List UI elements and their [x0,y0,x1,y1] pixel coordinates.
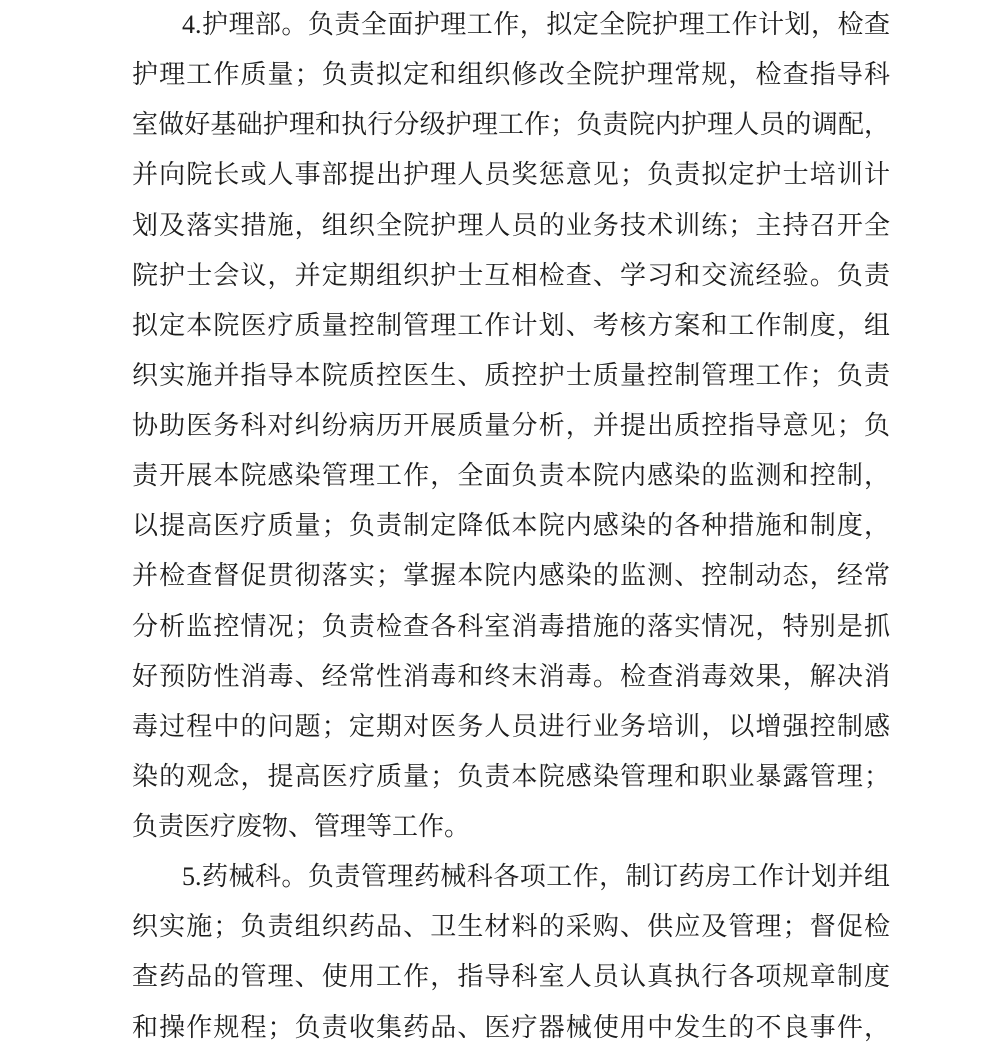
document-page: 4.护理部。负责全面护理工作，拟定全院护理工作计划，检查 护理工作质量；负责拟定… [0,0,1000,1053]
text-line: 毒过程中的问题；定期对医务人员进行业务培训，以增强控制感 [132,702,890,752]
paragraph-nursing-department: 4.护理部。负责全面护理工作，拟定全院护理工作计划，检查 护理工作质量；负责拟定… [132,0,890,852]
text-line: 好预防性消毒、经常性消毒和终末消毒。检查消毒效果，解决消 [132,652,890,702]
text-line: 以提高医疗质量；负责制定降低本院内感染的各种措施和制度， [132,501,890,551]
text-line: 负责医疗废物、管理等工作。 [132,802,890,852]
text-line: 室做好基础护理和执行分级护理工作；负责院内护理人员的调配， [132,100,890,150]
text-line: 护理工作质量；负责拟定和组织修改全院护理常规，检查指导科 [132,50,890,100]
text-line: 并检查督促贯彻落实；掌握本院内感染的监测、控制动态，经常 [132,551,890,601]
text-line: 拟定本院医疗质量控制管理工作计划、考核方案和工作制度，组 [132,301,890,351]
text-line: 分析监控情况；负责检查各科室消毒措施的落实情况，特别是抓 [132,602,890,652]
text-line: 并向院长或人事部提出护理人员奖惩意见；负责拟定护士培训计 [132,150,890,200]
text-line: 协助医务科对纠纷病历开展质量分析，并提出质控指导意见；负 [132,401,890,451]
text-line: 和操作规程；负责收集药品、医疗器械使用中发生的不良事件， [132,1003,890,1053]
text-line: 责开展本院感染管理工作，全面负责本院内感染的监测和控制， [132,451,890,501]
text-line: 4.护理部。负责全面护理工作，拟定全院护理工作计划，检查 [132,0,890,50]
text-line: 染的观念，提高医疗质量；负责本院感染管理和职业暴露管理； [132,752,890,802]
text-line: 划及落实措施，组织全院护理人员的业务技术训练；主持召开全 [132,201,890,251]
text-line: 院护士会议，并定期组织护士互相检查、学习和交流经验。负责 [132,251,890,301]
text-line: 织实施；负责组织药品、卫生材料的采购、供应及管理；督促检 [132,902,890,952]
text-line: 5.药械科。负责管理药械科各项工作，制订药房工作计划并组 [132,852,890,902]
text-line: 织实施并指导本院质控医生、质控护士质量控制管理工作；负责 [132,351,890,401]
paragraph-pharmacy-equipment-department: 5.药械科。负责管理药械科各项工作，制订药房工作计划并组 织实施；负责组织药品、… [132,852,890,1053]
text-line: 查药品的管理、使用工作，指导科室人员认真执行各项规章制度 [132,952,890,1002]
